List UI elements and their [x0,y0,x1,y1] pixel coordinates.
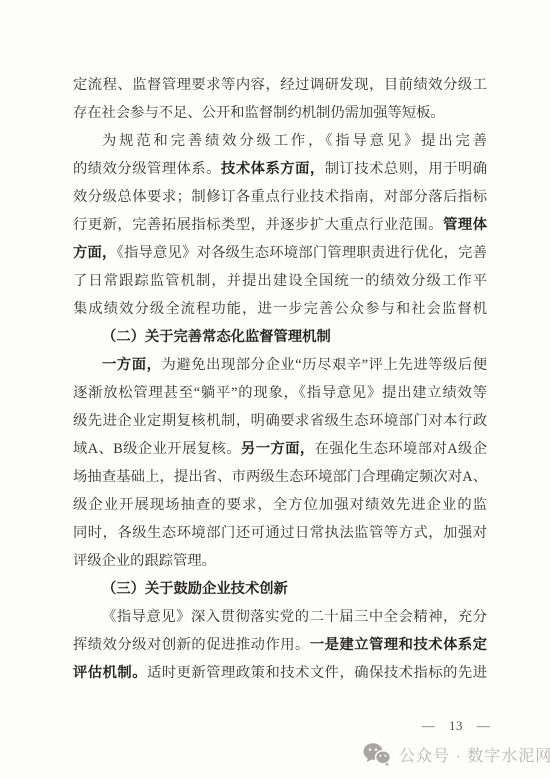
text-line: 级企业开展现场抽查的要求，全方位加强对绩效先进企业的监督； [73,491,487,519]
text-run: 的绩效分级管理体系。 [73,161,221,177]
text-line: 逐渐放松管理甚至“躺平”的现象，《指导意见》提出建立绩效等 [73,379,487,407]
text-run-bold: 技术体系方面， [221,161,325,177]
text-run: 场抽查基础上，提出省、市两级生态环境部门合理确定频次对A、B [73,469,487,491]
text-line: 了日常跟踪监管机制，并提出建设全国统一的绩效分级工作平台， [73,267,487,295]
heading-text: （二）关于完善常态化监督管理机制 [102,329,331,345]
text-line: 评级企业的跟踪管理。 [73,547,487,575]
text-line: 评估机制。适时更新管理政策和技术文件，确保技术指标的先进性， [73,659,487,687]
text-run: 效分级总体要求；制修订各重点行业技术指南，对部分落后指标进 [73,189,487,211]
page-number: — 13 — [413,718,499,734]
document-text: 定流程、监督管理要求等内容，经过调研发现，目前绩效分级工作 存在社会参与不足、公… [73,71,487,687]
text-line: 域A、B级企业开展复核。另一方面，在强化生态环境部对A级企业现 [73,435,487,463]
text-line: 集成绩效分级全流程功能，进一步完善公众参与和社会监督机制。 [73,295,487,323]
heading-text: （三）关于鼓励企业技术创新 [102,581,288,597]
text-line: 一方面，为避免出现部分企业“历尽艰辛”评上先进等级后便 [73,351,487,379]
text-run: 同时，各级生态环境部门还可通过日常执法监管等方式，加强对已 [73,525,487,547]
text-run: 行更新，完善拓展指标类型，并逐步扩大重点行业范围。 [73,217,443,233]
text-line: 同时，各级生态环境部门还可通过日常执法监管等方式，加强对已 [73,519,487,547]
section-heading: （三）关于鼓励企业技术创新 [73,575,487,603]
text-line: 的绩效分级管理体系。技术体系方面，制订技术总则，用于明确绩 [73,155,487,183]
text-line: 级先进企业定期复核机制，明确要求省级生态环境部门对本行政区 [73,407,487,435]
watermark: 公众号 · 数字水泥网 [362,741,550,767]
text-run-bold: 方面， [73,245,117,261]
text-run: 集成绩效分级全流程功能，进一步完善公众参与和社会监督机制。 [73,301,487,323]
text-run: 逐渐放松管理甚至“躺平”的现象，《指导意见》提出建立绩效等 [73,385,487,401]
text-line: 挥绩效分级对创新的促进推动作用。一是建立管理和技术体系定期 [73,631,487,659]
text-run-bold: 一方面， [102,357,161,373]
text-run: 《指导意见》深入贯彻落实党的二十届三中全会精神，充分发 [102,609,487,631]
text-run: 级企业开展现场抽查的要求，全方位加强对绩效先进企业的监督； [73,497,487,519]
text-run: 域A、B级企业开展复核。 [73,441,241,457]
text-line: 存在社会参与不足、公开和监督制约机制仍需加强等短板。 [73,99,487,127]
wechat-icon [362,742,392,767]
text-run: 评级企业的跟踪管理。 [73,553,216,569]
text-line: 效分级总体要求；制修订各重点行业技术指南，对部分落后指标进 [73,183,487,211]
text-run-bold: 评估机制。 [73,665,147,681]
text-run-bold: 另一方面， [241,441,315,457]
text-line: 方面，《指导意见》对各级生态环境部门管理职责进行优化，完善 [73,239,487,267]
text-run: 级先进企业定期复核机制，明确要求省级生态环境部门对本行政区 [73,413,487,435]
text-line: 行更新，完善拓展指标类型，并逐步扩大重点行业范围。管理体系 [73,211,487,239]
section-heading: （二）关于完善常态化监督管理机制 [73,323,487,351]
text-run: 《指导意见》对各级生态环境部门管理职责进行优化，完善 [117,245,487,261]
text-line: 《指导意见》深入贯彻落实党的二十届三中全会精神，充分发 [73,603,487,631]
text-run: 为规范和完善绩效分级工作，《指导意见》提出完善 “1+1+1+N” [102,133,487,155]
text-run: 了日常跟踪监管机制，并提出建设全国统一的绩效分级工作平台， [73,273,487,295]
text-run: 定流程、监督管理要求等内容，经过调研发现，目前绩效分级工作 [73,77,487,99]
watermark-text: 公众号 · 数字水泥网 [399,743,550,766]
text-line: 为规范和完善绩效分级工作，《指导意见》提出完善 “1+1+1+N” [73,127,487,155]
text-run: 为避免出现部分企业“历尽艰辛”评上先进等级后便 [161,357,487,373]
text-run: 存在社会参与不足、公开和监督制约机制仍需加强等短板。 [73,105,445,121]
text-run: 挥绩效分级对创新的促进推动作用。 [73,637,310,653]
text-line: 场抽查基础上，提出省、市两级生态环境部门合理确定频次对A、B [73,463,487,491]
text-line: 定流程、监督管理要求等内容，经过调研发现，目前绩效分级工作 [73,71,487,99]
document-page: 定流程、监督管理要求等内容，经过调研发现，目前绩效分级工作 存在社会参与不足、公… [0,0,550,778]
